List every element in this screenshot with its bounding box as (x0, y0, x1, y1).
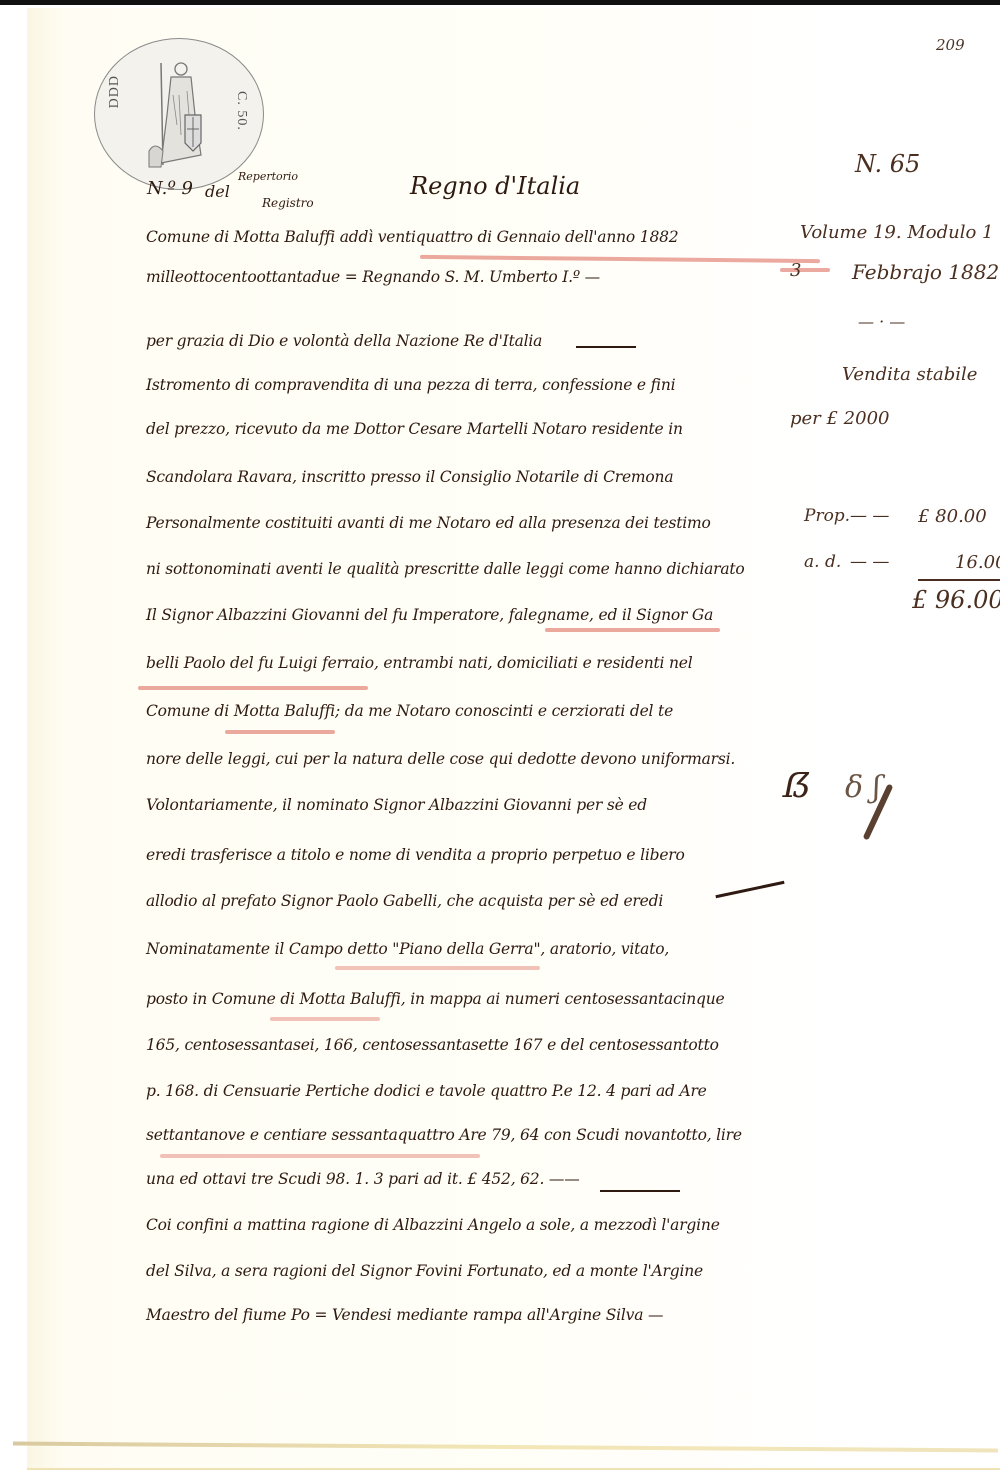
deed-line: Il Signor Albazzini Giovanni del fu Impe… (146, 606, 713, 624)
margin-entry-number: N. 65 (855, 150, 920, 178)
deed-line: nore delle leggi, cui per la natura dell… (146, 750, 735, 768)
scan-top-edge (0, 0, 1000, 5)
deed-line: posto in Comune di Motta Baluffi, in map… (146, 990, 725, 1008)
margin-fee-amount: 16.00 (955, 552, 1000, 573)
margin-volume: Volume 19. Modulo 1 (800, 222, 993, 243)
margin-fee-amount: £ 80.00 (918, 506, 987, 527)
margin-fee-dashes: — — (850, 552, 889, 572)
page-number: 209 (936, 36, 965, 54)
deed-line: per grazia di Dio e volontà della Nazion… (146, 332, 542, 350)
deed-line: Istromento di compravendita di una pezza… (146, 376, 675, 394)
deed-line: Scandolara Ravara, inscritto presso il C… (146, 468, 673, 486)
register-registro: Registro (262, 196, 314, 210)
revenue-stamp: DDD C. 50. (94, 38, 264, 190)
margin-fee-dashes: — — (850, 506, 889, 526)
red-underline (780, 268, 830, 272)
deed-line: Coi confini a mattina ragione di Albazzi… (146, 1216, 720, 1234)
deed-line: Comune di Motta Baluffi addì ventiquattr… (146, 228, 678, 246)
deed-line: una ed ottavi tre Scudi 98. 1. 3 pari ad… (146, 1170, 580, 1188)
red-underline (270, 1017, 380, 1021)
register-repertorio: Repertorio (238, 170, 298, 183)
red-underline (335, 966, 540, 970)
deed-line: Maestro del fiume Po = Vendesi mediante … (146, 1306, 663, 1324)
deed-line: allodio al prefato Signor Paolo Gabelli,… (146, 892, 663, 910)
italia-figure-icon (147, 55, 209, 173)
deed-line: ni sottonominati aventi le qualità presc… (146, 560, 745, 578)
deed-line: 165, centosessantasei, 166, centosessant… (146, 1036, 719, 1054)
margin-date: Febbrajo 1882 (852, 260, 999, 284)
margin-signature-mark: ẟ ʃ (845, 770, 881, 805)
deed-line: del Silva, a sera ragioni del Signor Fov… (146, 1262, 703, 1280)
line-end-rule (576, 346, 636, 348)
red-underline (225, 730, 335, 734)
deed-line: Comune di Motta Baluffi; da me Notaro co… (146, 702, 673, 720)
deed-line: Nominatamente il Campo detto "Piano dell… (146, 940, 669, 958)
deed-line: milleottocentoottantadue = Regnando S. M… (146, 268, 600, 286)
stamp-value-text: C. 50. (233, 91, 249, 131)
stamp-left-text: DDD (107, 75, 123, 108)
deed-line: eredi trasferisce a titolo e nome di ven… (146, 846, 685, 864)
red-underline (545, 628, 720, 632)
signature-flourish: ẞ (783, 766, 811, 806)
margin-date-day: 3 (790, 260, 801, 281)
margin-fee-label: a. d. (804, 552, 841, 572)
line-end-rule (600, 1190, 680, 1192)
kingdom-title: Regno d'Italia (410, 172, 580, 200)
red-underline (138, 686, 368, 690)
margin-total-rule (918, 579, 1000, 581)
deed-number: N.º 9 (147, 178, 193, 199)
deed-line: Volontariamente, il nominato Signor Alba… (146, 796, 647, 814)
deed-line: p. 168. di Censuarie Pertiche dodici e t… (146, 1082, 707, 1100)
margin-separator: — · — (858, 312, 905, 331)
register-label: del (205, 182, 230, 201)
margin-fee-label: Prop. (804, 506, 850, 526)
deed-line: del prezzo, ricevuto da me Dottor Cesare… (146, 420, 683, 438)
margin-deed-type: Vendita stabile (842, 364, 977, 385)
red-underline (160, 1154, 480, 1158)
margin-fee-total: £ 96.00 (912, 586, 1000, 614)
deed-line: Personalmente costituiti avanti di me No… (146, 514, 711, 532)
margin-price: per £ 2000 (790, 408, 889, 429)
deed-line: belli Paolo del fu Luigi ferraio, entram… (146, 654, 693, 672)
deed-line: settantanove e centiare sessantaquattro … (146, 1126, 742, 1144)
